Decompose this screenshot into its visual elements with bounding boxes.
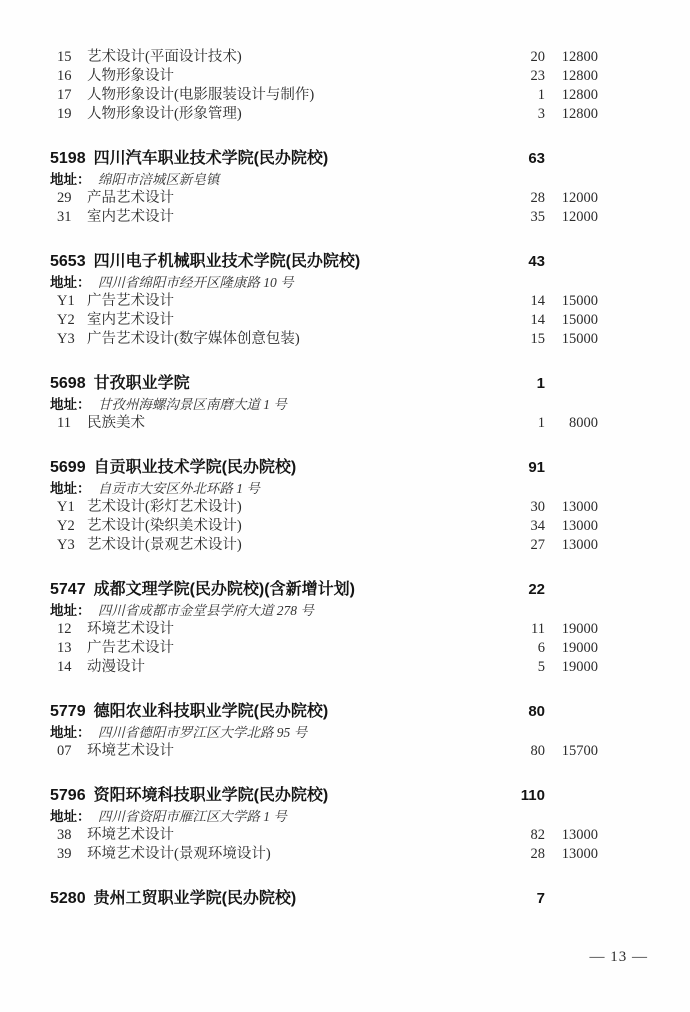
program-row: Y3 广告艺术设计(数字媒体创意包装) 15 15000 [50,330,598,349]
college-address-row: 地址： 绵阳市涪城区新皂镇 [50,170,598,189]
program-name: 人物形象设计(电影服装设计与制作) [79,86,499,105]
program-row: 29 产品艺术设计 28 12000 [50,189,598,208]
college-code: 5747 [50,579,86,601]
program-number: 29 [57,189,79,208]
program-list: Y1 艺术设计(彩灯艺术设计) 30 13000 Y2 艺术设计(染织美术设计)… [50,498,598,555]
college-total-plan: 80 [499,701,545,723]
program-row: 14 动漫设计 5 19000 [50,658,598,677]
program-tuition-fee: 13000 [545,845,598,864]
program-plan-count: 14 [499,292,545,311]
college-code: 5796 [50,785,86,807]
college-address-row: 地址： 甘孜州海螺沟景区南磨大道 1 号 [50,395,598,414]
college-code: 5280 [50,888,86,910]
program-plan-count: 82 [499,826,545,845]
college-name: 四川电子机械职业技术学院(民办院校) [86,251,499,273]
program-plan-count: 28 [499,845,545,864]
college-total-plan: 7 [499,888,545,910]
college-name: 成都文理学院(民办院校)(含新增计划) [86,579,499,601]
program-plan-count: 23 [499,67,545,86]
program-tuition-fee: 8000 [545,414,598,433]
program-plan-count: 27 [499,536,545,555]
address-label: 地址： [50,172,91,187]
program-row: Y3 艺术设计(景观艺术设计) 27 13000 [50,536,598,555]
program-row: 13 广告艺术设计 6 19000 [50,639,598,658]
program-name: 动漫设计 [79,658,499,677]
program-number: 13 [57,639,79,658]
college-header: 5796 资阳环境科技职业学院(民办院校) 110 [50,785,598,807]
program-name: 产品艺术设计 [79,189,499,208]
college-total-plan: 1 [499,373,545,395]
program-tuition-fee: 15000 [545,292,598,311]
continuation-programs: 15 艺术设计(平面设计技术) 20 12800 16 人物形象设计 23 12… [50,48,598,124]
college-header: 5280 贵州工贸职业学院(民办院校) 7 [50,888,598,910]
college-address-row: 地址： 四川省绵阳市经开区隆康路 10 号 [50,273,598,292]
college-total-plan: 110 [499,785,545,807]
college-code: 5779 [50,701,86,723]
program-plan-count: 6 [499,639,545,658]
program-number: 15 [57,48,79,67]
program-row: 31 室内艺术设计 35 12000 [50,208,598,227]
program-name: 室内艺术设计 [79,311,499,330]
college-name: 甘孜职业学院 [86,373,499,395]
program-name: 人物形象设计 [79,67,499,86]
program-number: 19 [57,105,79,124]
program-number: 31 [57,208,79,227]
program-list: 12 环境艺术设计 11 19000 13 广告艺术设计 6 19000 14 … [50,620,598,677]
program-name: 环境艺术设计 [79,620,499,639]
program-plan-count: 28 [499,189,545,208]
program-plan-count: 80 [499,742,545,761]
program-number: Y3 [57,536,79,555]
program-name: 艺术设计(景观艺术设计) [79,536,499,555]
college-section: 5280 贵州工贸职业学院(民办院校) 7 [50,888,598,910]
college-header: 5198 四川汽车职业技术学院(民办院校) 63 [50,148,598,170]
program-tuition-fee: 13000 [545,517,598,536]
college-name: 自贡职业技术学院(民办院校) [86,457,499,479]
college-address-row: 地址： 四川省德阳市罗江区大学北路 95 号 [50,723,598,742]
program-plan-count: 15 [499,330,545,349]
address-label: 地址： [50,809,91,824]
program-plan-count: 30 [499,498,545,517]
college-header: 5699 自贡职业技术学院(民办院校) 91 [50,457,598,479]
college-code: 5653 [50,251,86,273]
program-row: 19 人物形象设计(形象管理) 3 12800 [50,105,598,124]
address-text: 四川省资阳市雁江区大学路 1 号 [94,809,287,824]
college-section: 5653 四川电子机械职业技术学院(民办院校) 43 地址： 四川省绵阳市经开区… [50,251,598,349]
program-tuition-fee: 13000 [545,498,598,517]
program-name: 艺术设计(染织美术设计) [79,517,499,536]
program-number: 38 [57,826,79,845]
program-row: Y2 艺术设计(染织美术设计) 34 13000 [50,517,598,536]
program-row: 15 艺术设计(平面设计技术) 20 12800 [50,48,598,67]
college-total-plan: 91 [499,457,545,479]
program-row: 11 民族美术 1 8000 [50,414,598,433]
program-row: 12 环境艺术设计 11 19000 [50,620,598,639]
program-tuition-fee: 13000 [545,536,598,555]
program-row: Y2 室内艺术设计 14 15000 [50,311,598,330]
college-header: 5653 四川电子机械职业技术学院(民办院校) 43 [50,251,598,273]
college-name: 贵州工贸职业学院(民办院校) [86,888,499,910]
program-tuition-fee: 12800 [545,67,598,86]
program-number: Y1 [57,498,79,517]
college-address-row: 地址： 四川省资阳市雁江区大学路 1 号 [50,807,598,826]
program-tuition-fee: 12000 [545,208,598,227]
program-list: 07 环境艺术设计 80 15700 [50,742,598,761]
program-tuition-fee: 15700 [545,742,598,761]
program-name: 民族美术 [79,414,499,433]
program-tuition-fee: 19000 [545,639,598,658]
program-plan-count: 34 [499,517,545,536]
address-text: 四川省成都市金堂县学府大道 278 号 [94,603,314,618]
program-name: 广告艺术设计 [79,292,499,311]
college-total-plan: 22 [499,579,545,601]
college-header: 5698 甘孜职业学院 1 [50,373,598,395]
college-section: 5699 自贡职业技术学院(民办院校) 91 地址： 自贡市大安区外北环路 1 … [50,457,598,555]
program-row: Y1 广告艺术设计 14 15000 [50,292,598,311]
program-tuition-fee: 19000 [545,620,598,639]
program-row: 07 环境艺术设计 80 15700 [50,742,598,761]
document-page-background: { "colors": { "background": "#fefefe", "… [0,0,690,1012]
program-name: 艺术设计(平面设计技术) [79,48,499,67]
college-section: 5779 德阳农业科技职业学院(民办院校) 80 地址： 四川省德阳市罗江区大学… [50,701,598,761]
program-tuition-fee: 12000 [545,189,598,208]
program-name: 室内艺术设计 [79,208,499,227]
address-label: 地址： [50,481,91,496]
program-name: 艺术设计(彩灯艺术设计) [79,498,499,517]
program-tuition-fee: 15000 [545,311,598,330]
college-section: 5747 成都文理学院(民办院校)(含新增计划) 22 地址： 四川省成都市金堂… [50,579,598,677]
college-section: 5796 资阳环境科技职业学院(民办院校) 110 地址： 四川省资阳市雁江区大… [50,785,598,864]
program-number: 39 [57,845,79,864]
address-label: 地址： [50,603,91,618]
program-name: 环境艺术设计(景观环境设计) [79,845,499,864]
program-tuition-fee: 13000 [545,826,598,845]
college-address-row: 地址： 四川省成都市金堂县学府大道 278 号 [50,601,598,620]
program-plan-count: 11 [499,620,545,639]
program-plan-count: 1 [499,414,545,433]
program-row: 16 人物形象设计 23 12800 [50,67,598,86]
college-header: 5747 成都文理学院(民办院校)(含新增计划) 22 [50,579,598,601]
address-text: 甘孜州海螺沟景区南磨大道 1 号 [94,397,287,412]
program-row: 38 环境艺术设计 82 13000 [50,826,598,845]
address-label: 地址： [50,275,91,290]
college-section: 5198 四川汽车职业技术学院(民办院校) 63 地址： 绵阳市涪城区新皂镇 2… [50,148,598,227]
program-name: 广告艺术设计 [79,639,499,658]
college-total-plan: 63 [499,148,545,170]
program-name: 广告艺术设计(数字媒体创意包装) [79,330,499,349]
program-number: Y3 [57,330,79,349]
college-address-row: 地址： 自贡市大安区外北环路 1 号 [50,479,598,498]
program-name: 环境艺术设计 [79,742,499,761]
program-row: 39 环境艺术设计(景观环境设计) 28 13000 [50,845,598,864]
program-plan-count: 3 [499,105,545,124]
program-list: 11 民族美术 1 8000 [50,414,598,433]
program-list: 29 产品艺术设计 28 12000 31 室内艺术设计 35 12000 [50,189,598,227]
program-number: 17 [57,86,79,105]
address-text: 自贡市大安区外北环路 1 号 [94,481,260,496]
program-plan-count: 14 [499,311,545,330]
program-list: 38 环境艺术设计 82 13000 39 环境艺术设计(景观环境设计) 28 … [50,826,598,864]
plan-document-page: 15 艺术设计(平面设计技术) 20 12800 16 人物形象设计 23 12… [0,0,690,1012]
program-list: Y1 广告艺术设计 14 15000 Y2 室内艺术设计 14 15000 Y3… [50,292,598,349]
program-tuition-fee: 19000 [545,658,598,677]
college-section: 5698 甘孜职业学院 1 地址： 甘孜州海螺沟景区南磨大道 1 号 11 民族… [50,373,598,433]
program-tuition-fee: 12800 [545,105,598,124]
program-plan-count: 1 [499,86,545,105]
program-row: Y1 艺术设计(彩灯艺术设计) 30 13000 [50,498,598,517]
program-number: 12 [57,620,79,639]
program-number: 14 [57,658,79,677]
college-total-plan: 43 [499,251,545,273]
program-plan-count: 35 [499,208,545,227]
address-text: 绵阳市涪城区新皂镇 [94,172,220,187]
college-code: 5698 [50,373,86,395]
program-tuition-fee: 15000 [545,330,598,349]
college-header: 5779 德阳农业科技职业学院(民办院校) 80 [50,701,598,723]
program-tuition-fee: 12800 [545,48,598,67]
program-plan-count: 5 [499,658,545,677]
college-name: 资阳环境科技职业学院(民办院校) [86,785,499,807]
program-number: Y2 [57,311,79,330]
college-code: 5699 [50,457,86,479]
address-text: 四川省绵阳市经开区隆康路 10 号 [94,275,294,290]
college-sections: 5198 四川汽车职业技术学院(民办院校) 63 地址： 绵阳市涪城区新皂镇 2… [50,148,598,910]
program-name: 环境艺术设计 [79,826,499,845]
address-label: 地址： [50,725,91,740]
college-name: 四川汽车职业技术学院(民办院校) [86,148,499,170]
program-name: 人物形象设计(形象管理) [79,105,499,124]
page-number: — 13 — [590,949,649,966]
program-number: Y1 [57,292,79,311]
program-number: 11 [57,414,79,433]
address-text: 四川省德阳市罗江区大学北路 95 号 [94,725,307,740]
address-label: 地址： [50,397,91,412]
program-number: 16 [57,67,79,86]
college-name: 德阳农业科技职业学院(民办院校) [86,701,499,723]
program-tuition-fee: 12800 [545,86,598,105]
program-number: Y2 [57,517,79,536]
program-number: 07 [57,742,79,761]
program-plan-count: 20 [499,48,545,67]
program-row: 17 人物形象设计(电影服装设计与制作) 1 12800 [50,86,598,105]
college-code: 5198 [50,148,86,170]
